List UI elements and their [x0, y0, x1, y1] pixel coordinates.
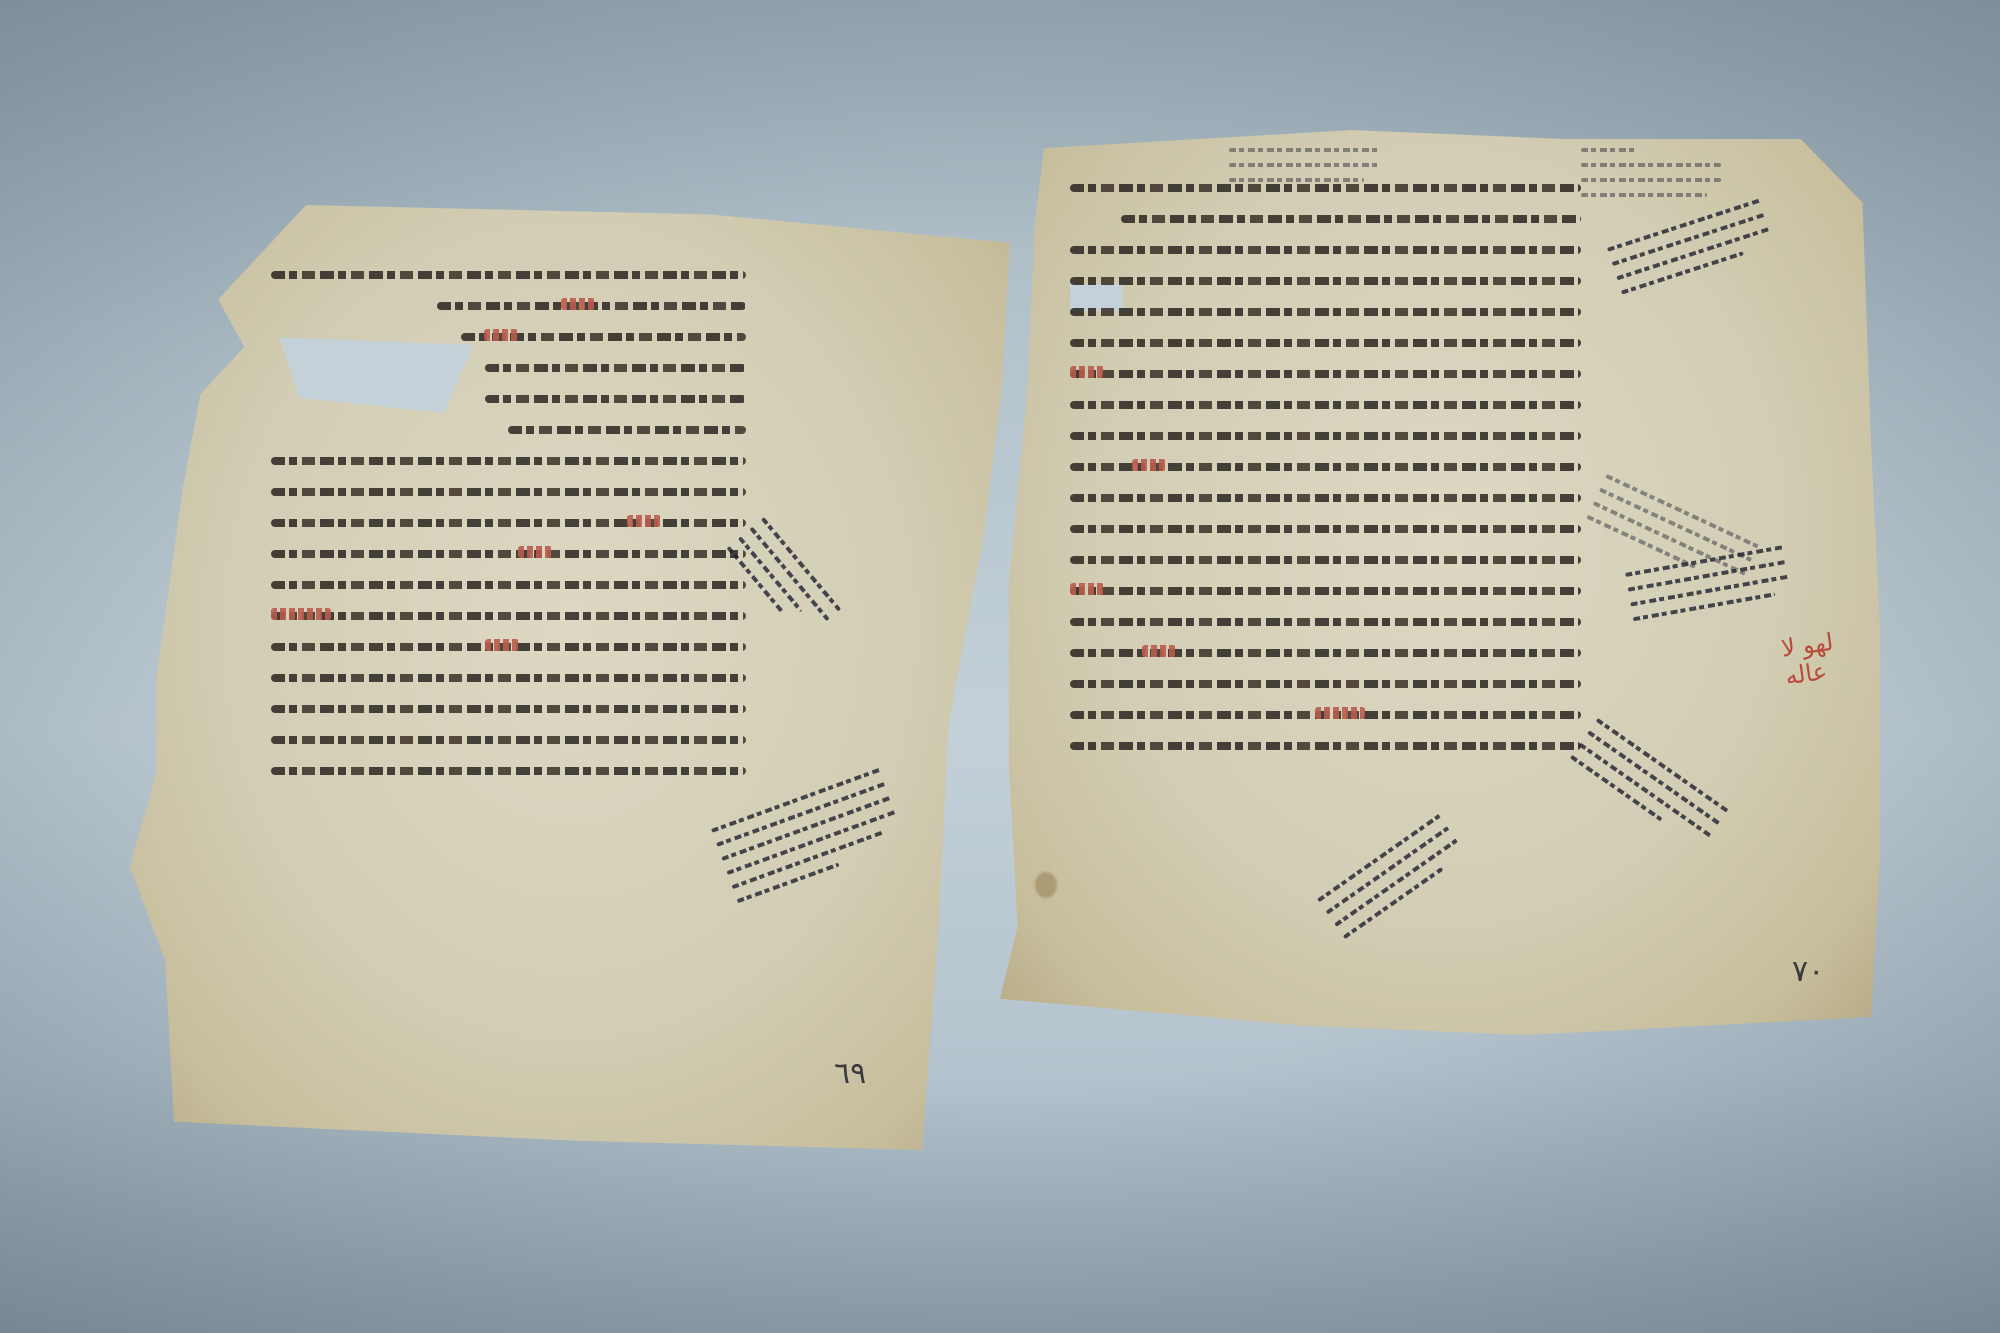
- text-line: [1070, 308, 1580, 316]
- note-line: [1317, 813, 1442, 902]
- red-rubric: [518, 546, 552, 558]
- text-line: [1070, 525, 1580, 533]
- text-line: [1070, 556, 1580, 564]
- red-rubric: [627, 515, 661, 527]
- text-line: [1070, 649, 1580, 657]
- text-line: [271, 705, 746, 713]
- text-line: [485, 395, 746, 403]
- note-line: [1581, 163, 1721, 167]
- note-line: [1570, 755, 1664, 823]
- text-line: [271, 736, 746, 744]
- text-line: [1070, 246, 1580, 254]
- manuscript-leaf-left: ٦٩: [130, 205, 1010, 1150]
- text-line: [271, 767, 746, 775]
- text-line: [1070, 742, 1580, 750]
- red-rubric: [271, 608, 331, 620]
- text-line: [271, 550, 746, 558]
- top-margin-note: [1581, 148, 1721, 208]
- note-line: [749, 526, 829, 620]
- note-line: [1627, 560, 1785, 592]
- main-text-block: [271, 271, 746, 798]
- text-line: [1070, 711, 1580, 719]
- note-line: [1325, 826, 1450, 915]
- text-line: [1070, 587, 1580, 595]
- red-rubric: [1142, 645, 1176, 657]
- text-line: [508, 426, 746, 434]
- text-line: [1070, 184, 1580, 192]
- text-line: [271, 519, 746, 527]
- text-line: [271, 488, 746, 496]
- text-line: [1070, 432, 1580, 440]
- text-line: [1070, 463, 1580, 471]
- note-line: [1633, 593, 1776, 622]
- text-line: [271, 612, 746, 620]
- red-marginal-note: لهو ﻻ ﻋﺎﻟﻪ: [1780, 621, 1884, 690]
- text-line: [437, 302, 746, 310]
- text-line: [271, 643, 746, 651]
- red-rubric: [561, 298, 595, 310]
- text-line: [461, 333, 746, 341]
- red-rubric: [485, 639, 519, 651]
- red-rubric: [1070, 366, 1104, 378]
- text-line: [1070, 370, 1580, 378]
- water-stain: [1035, 872, 1057, 898]
- red-rubric: [1132, 459, 1166, 471]
- note-line: [1343, 867, 1444, 939]
- marginal-note: [1564, 718, 1729, 859]
- text-line: [271, 271, 746, 279]
- note-line: [721, 795, 892, 860]
- note-line: [1334, 838, 1459, 927]
- text-line: [1070, 680, 1580, 688]
- red-rubric: [484, 329, 518, 341]
- manuscript-leaf-right: لهو ﻻ ﻋﺎﻟﻪ ٧٠: [1000, 130, 1880, 1035]
- note-line: [1581, 148, 1637, 152]
- marginal-note-below: [1317, 813, 1474, 948]
- text-line: [271, 581, 746, 589]
- note-line: [1599, 487, 1755, 562]
- note-line: [1581, 193, 1707, 197]
- note-line: [1229, 148, 1379, 152]
- text-line: [485, 364, 746, 372]
- note-line: [1630, 575, 1788, 607]
- note-line: [1581, 178, 1721, 182]
- note-line: [731, 830, 885, 889]
- note-line: [1229, 178, 1364, 182]
- note-line: [726, 809, 897, 874]
- marginal-note: [1607, 198, 1778, 305]
- text-line: [1070, 339, 1580, 347]
- red-rubric: [1070, 583, 1104, 595]
- text-line: [1121, 215, 1580, 223]
- note-line: [1579, 743, 1712, 838]
- text-line: [1070, 401, 1580, 409]
- text-line: [1070, 618, 1580, 626]
- text-line: [1070, 277, 1580, 285]
- text-line: [271, 674, 746, 682]
- note-line: [1229, 163, 1379, 167]
- text-line: [271, 457, 746, 465]
- text-line: [1070, 494, 1580, 502]
- folio-number: ٦٩: [834, 1056, 866, 1091]
- main-text-block: [1070, 184, 1580, 773]
- red-rubric: [1315, 707, 1365, 719]
- folio-number: ٧٠: [1792, 954, 1824, 989]
